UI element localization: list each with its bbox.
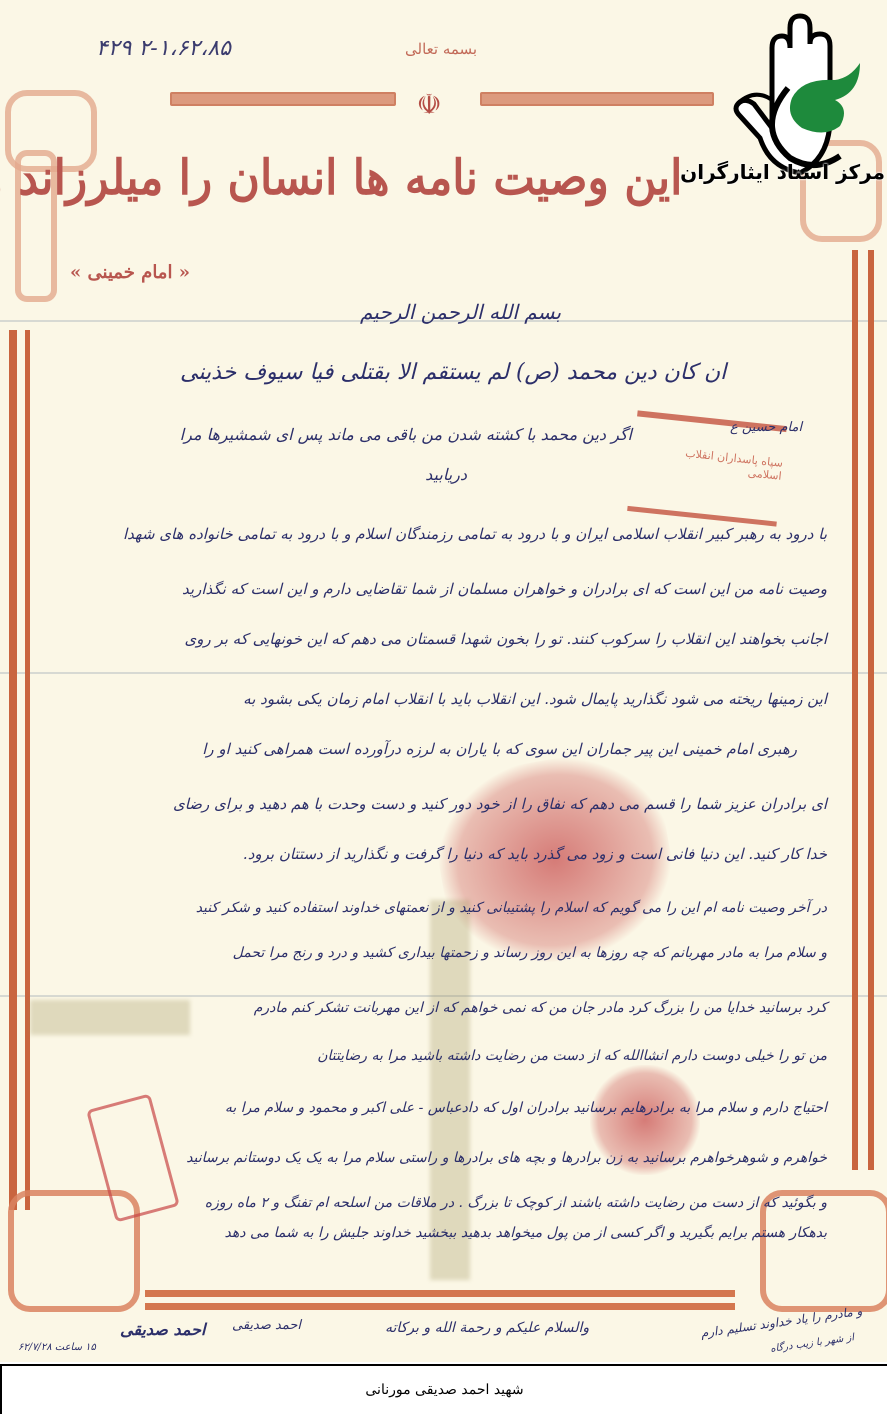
stamp-text: سپاه پاسداران انقلاب اسلامی (672, 445, 784, 482)
caption-bar: شهید احمد صدیقی مورنانی (0, 1364, 887, 1414)
body-line: با درود به رهبر کبیر انقلاب اسلامی ایران… (123, 525, 827, 543)
verse: ان کان دین محمد (ص) لم یستقم الا بقتلی ف… (180, 360, 726, 385)
body-line: احتیاج دارم و سلام مرا به برادرهایم برسا… (225, 1100, 827, 1116)
body-line: وصیت نامه من این است که ای برادران و خوا… (182, 580, 827, 598)
martyr-name-caption: شهید احمد صدیقی مورنانی (365, 1382, 523, 1398)
signature-name: احمد صدیقی (232, 1318, 301, 1333)
body-line: در آخر وصیت نامه ام این را می گویم که اس… (196, 900, 827, 916)
body-line: دریابید (425, 465, 467, 484)
border-right-inner (852, 250, 858, 1170)
iran-emblem-icon: ☫ (414, 88, 444, 122)
will-document: ۲-۱،۶۲،۸۵ ۴۲۹ بسمه تعالی ☫ این وصیت نامه… (0, 0, 887, 1362)
signature-date: ۱۵ ساعت ۶۲/۷/۲۸ (18, 1342, 96, 1353)
body-line: خواهرم و شوهرخواهرم برسانید به زن برادره… (186, 1150, 827, 1166)
body-line: بدهکار هستم برایم بگیرید و اگر کسی از من… (225, 1225, 827, 1241)
body-line: این زمینها ریخته می شود نگذارید پایمال ش… (243, 690, 827, 708)
body-line: رهبری امام خمینی این پیر جماران این سوی … (202, 740, 797, 758)
closing-note-right-2: از شهر با زیب درگاه (770, 1332, 855, 1355)
body-line: اجانب بخواهند این انقلاب را سرکوب کنند. … (184, 630, 827, 648)
document-title: این وصیت نامه ها انسان را میلرزاند و بید… (48, 150, 683, 206)
body-line: و سلام مرا به مادر مهربانم که چه روزها ب… (233, 945, 827, 961)
archive-number: ۲-۱،۶۲،۸۵ ۴۲۹ (96, 36, 231, 61)
header-bar-right (480, 92, 714, 106)
body-line: اگر دین محمد با کشته شدن من باقی می ماند… (180, 425, 632, 444)
body-line: ای برادران عزیز شما را قسم می دهم که نفا… (173, 795, 827, 813)
fold-line (0, 672, 887, 674)
tape-mark-horizontal (30, 1000, 190, 1035)
border-left-inner (25, 330, 30, 1210)
header-invocation: بسمه تعالی (405, 40, 477, 58)
border-left-outer (9, 330, 17, 1210)
logo-text: مرکز اسناد ایثارگران (705, 160, 885, 184)
closing-greeting: والسلام علیکم و رحمة الله و برکاته (385, 1320, 589, 1336)
body-line: من تو را خیلی دوست دارم انشاالله که از د… (317, 1048, 827, 1064)
border-right-outer (868, 250, 874, 1170)
body-line: کرد برسانید خدایا من را بزرگ کرد مادر جا… (254, 1000, 827, 1016)
body-line: خدا کار کنید. این دنیا فانی است و زود می… (243, 845, 827, 863)
bismillah: بسم الله الرحمن الرحیم (360, 300, 561, 324)
header-bar-left (170, 92, 396, 106)
footer-bar-top (145, 1290, 735, 1297)
signature-scribble: احمد صدیقی (120, 1320, 205, 1339)
title-attribution: « امام خمینی » (70, 262, 190, 283)
body-line: و بگوئید که از دست من رضایت داشته باشند … (205, 1195, 827, 1211)
footer-bar-bottom (145, 1303, 735, 1310)
verse-attribution: امام حسین ع (730, 420, 802, 435)
